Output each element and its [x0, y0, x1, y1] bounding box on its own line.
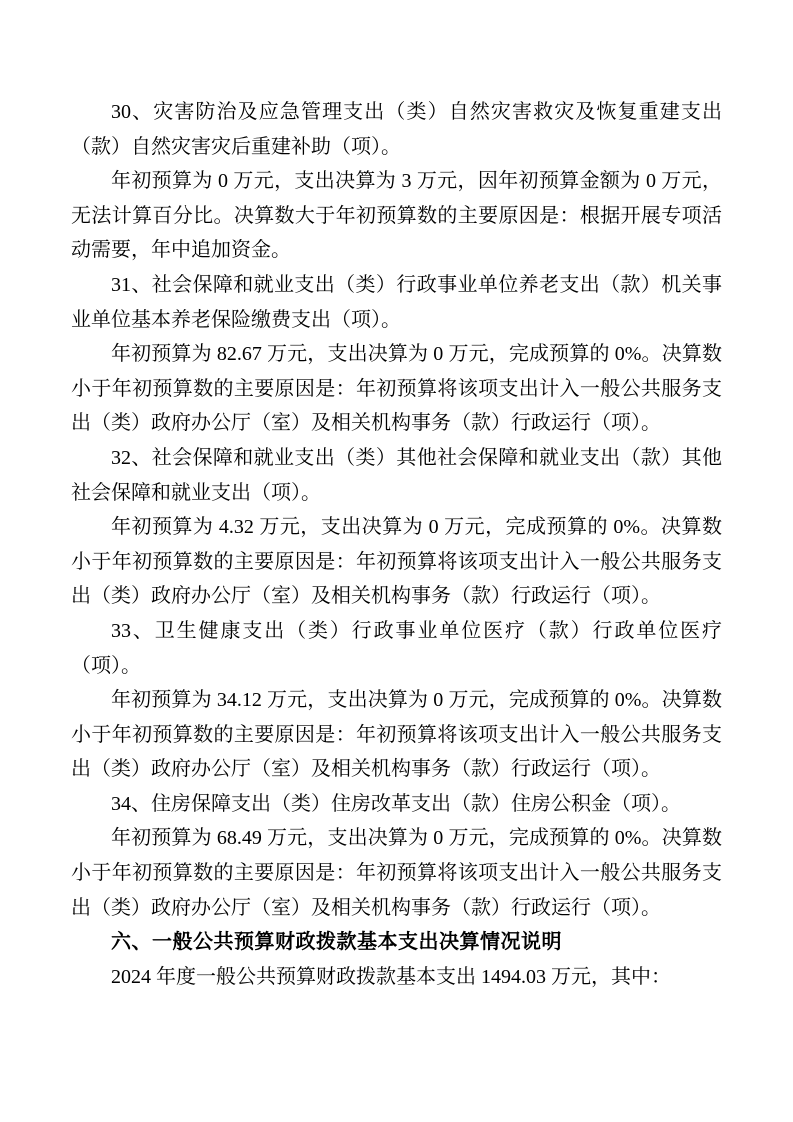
paragraph-item-31-detail: 年初预算为 82.67 万元，支出决算为 0 万元，完成预算的 0%。决算数小于… — [71, 337, 722, 441]
paragraph-item-32-detail: 年初预算为 4.32 万元，支出决算为 0 万元，完成预算的 0%。决算数小于年… — [71, 510, 722, 614]
paragraph-item-31-title: 31、社会保障和就业支出（类）行政事业单位养老支出（款）机关事业单位基本养老保险… — [71, 268, 722, 337]
paragraph-item-33-detail: 年初预算为 34.12 万元，支出决算为 0 万元，完成预算的 0%。决算数小于… — [71, 683, 722, 787]
paragraph-item-33-title: 33、卫生健康支出（类）行政事业单位医疗（款）行政单位医疗（项）。 — [71, 614, 722, 683]
paragraph-basic-expenditure-summary: 2024 年度一般公共预算财政拨款基本支出 1494.03 万元，其中： — [71, 960, 722, 995]
paragraph-item-30-title: 30、灾害防治及应急管理支出（类）自然灾害救灾及恢复重建支出（款）自然灾害灾后重… — [71, 95, 722, 164]
paragraph-item-30-detail: 年初预算为 0 万元，支出决算为 3 万元，因年初预算金额为 0 万元，无法计算… — [71, 164, 722, 268]
paragraph-item-34-title: 34、住房保障支出（类）住房改革支出（款）住房公积金（项）。 — [71, 787, 722, 822]
paragraph-item-34-detail: 年初预算为 68.49 万元，支出决算为 0 万元，完成预算的 0%。决算数小于… — [71, 821, 722, 925]
document-page: 30、灾害防治及应急管理支出（类）自然灾害救灾及恢复重建支出（款）自然灾害灾后重… — [0, 0, 793, 1122]
section-heading-six: 六、一般公共预算财政拨款基本支出决算情况说明 — [71, 925, 722, 960]
paragraph-item-32-title: 32、社会保障和就业支出（类）其他社会保障和就业支出（款）其他社会保障和就业支出… — [71, 441, 722, 510]
document-body: 30、灾害防治及应急管理支出（类）自然灾害救灾及恢复重建支出（款）自然灾害灾后重… — [71, 95, 722, 994]
